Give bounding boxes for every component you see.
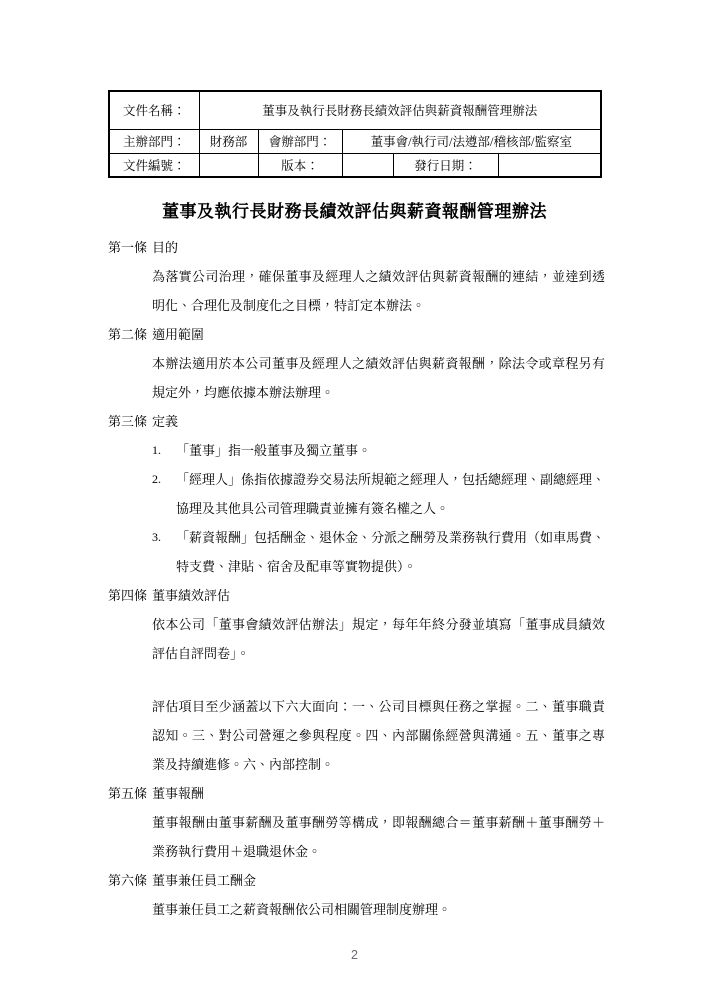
co-dept-label: 會辦部門：: [258, 129, 342, 153]
article-4: 第四條 董事績效評估 依本公司「董事會績效評估辦法」規定，每年年終分發並填寫「董…: [108, 581, 605, 779]
doc-name-label: 文件名稱：: [109, 91, 199, 129]
article-heading: 董事兼任員工酬金: [152, 866, 605, 895]
list-item: 2. 「經理人」係指依據證券交易法所規範之經理人，包括總經理、副總經理、協理及其…: [152, 465, 605, 523]
article-2: 第二條 適用範圍 本辦法適用於本公司董事及經理人之績效評估與薪資報酬，除法令或章…: [108, 320, 605, 407]
article-heading: 董事報酬: [152, 779, 605, 808]
article-paragraph: 依本公司「董事會績效評估辦法」規定，每年年終分發並填寫「董事成員績效評估自評問卷…: [152, 610, 605, 668]
doc-name-value: 董事及執行長財務長績效評估與薪資報酬管理辦法: [199, 91, 601, 129]
list-item: 3. 「薪資報酬」包括酬金、退休金、分派之酬勞及業務執行費用（如車馬費、特支費、…: [152, 523, 605, 581]
list-item: 1. 「董事」指一般董事及獨立董事。: [152, 436, 605, 465]
article-number: 第二條: [108, 320, 152, 349]
article-number: 第三條: [108, 407, 152, 436]
article-heading: 董事績效評估: [152, 581, 605, 610]
article-paragraph: 董事兼任員工之薪資報酬依公司相關管理制度辦理。: [152, 895, 605, 924]
document-page: 文件名稱： 董事及執行長財務長績效評估與薪資報酬管理辦法 主辦部門： 財務部 會…: [0, 0, 709, 1006]
article-paragraph: 董事報酬由董事薪酬及董事酬勞等構成，即報酬總合＝董事薪酬＋董事酬勞＋業務執行費用…: [152, 808, 605, 866]
article-number: 第四條: [108, 581, 152, 610]
co-dept-value: 董事會/執行司/法遵部/稽核部/監察室: [342, 129, 601, 153]
article-6-head: 第六條 董事兼任員工酬金: [108, 866, 605, 895]
version-value: [342, 153, 393, 177]
list-item-number: 3.: [152, 523, 176, 581]
article-6: 第六條 董事兼任員工酬金 董事兼任員工之薪資報酬依公司相關管理制度辦理。: [108, 866, 605, 924]
issue-date-value: [498, 153, 601, 177]
article-number: 第六條: [108, 866, 152, 895]
article-2-head: 第二條 適用範圍: [108, 320, 605, 349]
issue-date-label: 發行日期：: [393, 153, 498, 177]
page-number: 2: [0, 948, 709, 962]
article-1: 第一條 目的 為落實公司治理，確保董事及經理人之績效評估與薪資報酬的連結，並達到…: [108, 233, 605, 320]
host-dept-value: 財務部: [199, 129, 258, 153]
host-dept-label: 主辦部門：: [109, 129, 199, 153]
article-number: 第五條: [108, 779, 152, 808]
article-5-head: 第五條 董事報酬: [108, 779, 605, 808]
article-heading: 適用範圍: [152, 320, 605, 349]
article-1-head: 第一條 目的: [108, 233, 605, 262]
table-row-doc-meta: 文件編號： 版本： 發行日期：: [109, 153, 601, 177]
table-row-doc-name: 文件名稱： 董事及執行長財務長績效評估與薪資報酬管理辦法: [109, 91, 601, 129]
article-4-head: 第四條 董事績效評估: [108, 581, 605, 610]
document-header-table: 文件名稱： 董事及執行長財務長績效評估與薪資報酬管理辦法 主辦部門： 財務部 會…: [108, 90, 602, 178]
definition-list: 1. 「董事」指一般董事及獨立董事。 2. 「經理人」係指依據證券交易法所規範之…: [108, 436, 605, 581]
version-label: 版本：: [258, 153, 342, 177]
article-heading: 定義: [152, 407, 605, 436]
article-heading: 目的: [152, 233, 605, 262]
doc-no-value: [199, 153, 258, 177]
list-item-number: 2.: [152, 465, 176, 523]
list-item-number: 1.: [152, 436, 176, 465]
article-number: 第一條: [108, 233, 152, 262]
article-paragraph: 本辦法適用於本公司董事及經理人之績效評估與薪資報酬，除法令或章程另有規定外，均應…: [152, 349, 605, 407]
list-item-text: 「薪資報酬」包括酬金、退休金、分派之酬勞及業務執行費用（如車馬費、特支費、津貼、…: [176, 523, 605, 581]
page-title: 董事及執行長財務長績效評估與薪資報酬管理辦法: [0, 197, 709, 222]
article-3: 第三條 定義 1. 「董事」指一般董事及獨立董事。 2. 「經理人」係指依據證券…: [108, 407, 605, 581]
list-item-text: 「經理人」係指依據證券交易法所規範之經理人，包括總經理、副總經理、協理及其他具公…: [176, 465, 605, 523]
article-paragraph: 評估項目至少涵蓋以下六大面向：一、公司目標與任務之掌握。二、董事職責認知。三、對…: [152, 692, 605, 779]
article-paragraph: 為落實公司治理，確保董事及經理人之績效評估與薪資報酬的連結，並達到透明化、合理化…: [152, 262, 605, 320]
document-body: 第一條 目的 為落實公司治理，確保董事及經理人之績效評估與薪資報酬的連結，並達到…: [108, 233, 605, 924]
article-5: 第五條 董事報酬 董事報酬由董事薪酬及董事酬勞等構成，即報酬總合＝董事薪酬＋董事…: [108, 779, 605, 866]
list-item-text: 「董事」指一般董事及獨立董事。: [176, 436, 605, 465]
table-row-departments: 主辦部門： 財務部 會辦部門： 董事會/執行司/法遵部/稽核部/監察室: [109, 129, 601, 153]
doc-no-label: 文件編號：: [109, 153, 199, 177]
article-3-head: 第三條 定義: [108, 407, 605, 436]
